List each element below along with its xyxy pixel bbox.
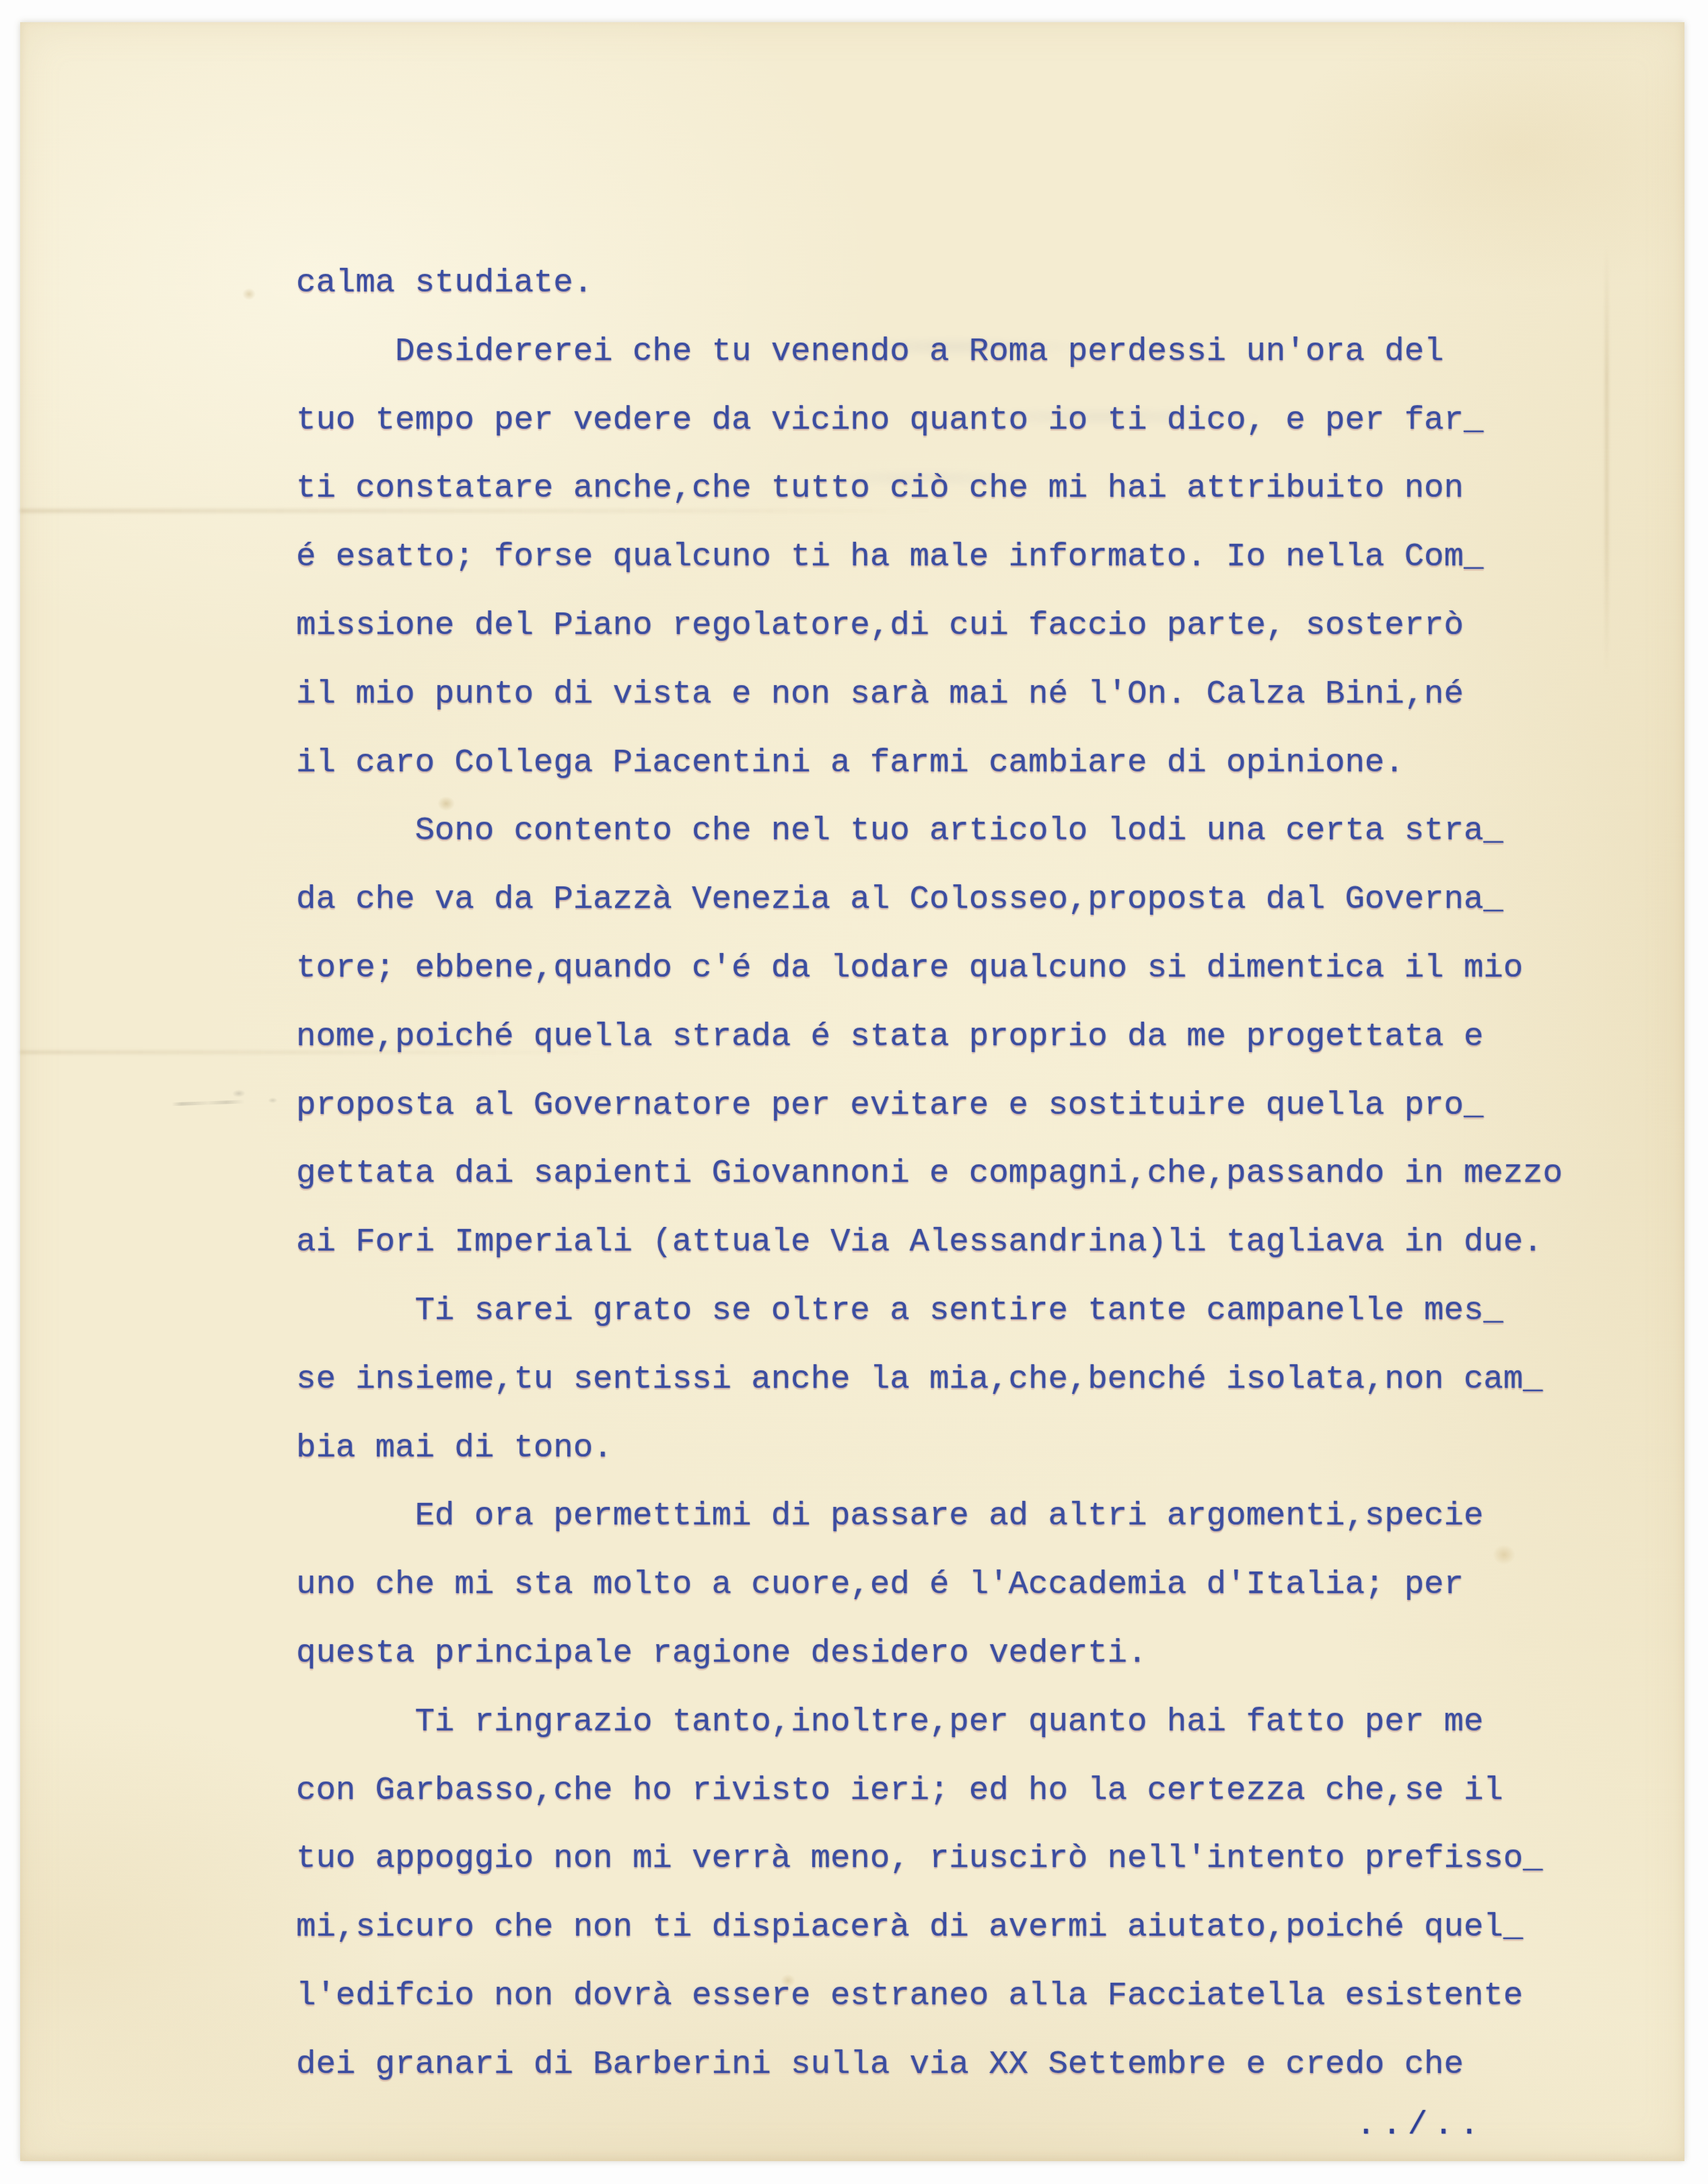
letter-line: gettata dai sapienti Giovannoni e compag…: [296, 1139, 1615, 1208]
letter-line: Ed ora permettimi di passare ad altri ar…: [296, 1482, 1615, 1551]
letter-line: da che va da Piazzà Venezia al Colosseo,…: [296, 866, 1615, 934]
pencil-margin-mark: [171, 1082, 293, 1111]
letter-line: questa principale ragione desidero veder…: [296, 1619, 1615, 1688]
letter-line: se insieme,tu sentissi anche la mia,che,…: [296, 1345, 1615, 1414]
letter-line: mi,sicuro che non ti dispiacerà di averm…: [296, 1893, 1615, 1962]
letter-line: bia mai di tono.: [296, 1414, 1615, 1483]
scanned-letter-page: calma studiate. Desidererei che tu venen…: [0, 0, 1708, 2184]
letter-line: Ti ringrazio tanto,inoltre,per quanto ha…: [296, 1688, 1615, 1757]
paper-stain: [242, 288, 256, 300]
letter-line: calma studiate.: [296, 249, 1615, 318]
letter-line: Sono contento che nel tuo articolo lodi …: [296, 797, 1615, 866]
letter-line: il caro Collega Piacentini a farmi cambi…: [296, 729, 1615, 798]
letter-line: con Garbasso,che ho rivisto ieri; ed ho …: [296, 1757, 1615, 1825]
letter-line: é esatto; forse qualcuno ti ha male info…: [296, 523, 1615, 592]
letter-line: proposta al Governatore per evitare e so…: [296, 1071, 1615, 1140]
letter-line: Ti sarei grato se oltre a sentire tante …: [296, 1277, 1615, 1345]
letter-body: calma studiate. Desidererei che tu venen…: [296, 249, 1615, 2099]
letter-line: tuo appoggio non mi verrà meno, riuscirò…: [296, 1825, 1615, 1893]
letter-line: tore; ebbene,quando c'é da lodare qualcu…: [296, 934, 1615, 1003]
letter-line: Desidererei che tu venendo a Roma perdes…: [296, 318, 1615, 386]
letter-line: nome,poiché quella strada é stata propri…: [296, 1003, 1615, 1071]
letter-line: ti constatare anche,che tutto ciò che mi…: [296, 454, 1615, 523]
letter-paper: calma studiate. Desidererei che tu venen…: [20, 22, 1684, 2161]
letter-line: missione del Piano regolatore,di cui fac…: [296, 592, 1615, 660]
letter-line: l'edifcio non dovrà essere estraneo alla…: [296, 1962, 1615, 2031]
letter-line: dei granari di Barberini sulla via XX Se…: [296, 2031, 1615, 2099]
letter-line: ai Fori Imperiali (attuale Via Alessandr…: [296, 1208, 1615, 1277]
letter-line: uno che mi sta molto a cuore,ed é l'Acca…: [296, 1551, 1615, 1619]
letter-line: tuo tempo per vedere da vicino quanto io…: [296, 386, 1615, 455]
continuation-marker: ../..: [1356, 2109, 1485, 2142]
letter-line: il mio punto di vista e non sarà mai né …: [296, 660, 1615, 729]
